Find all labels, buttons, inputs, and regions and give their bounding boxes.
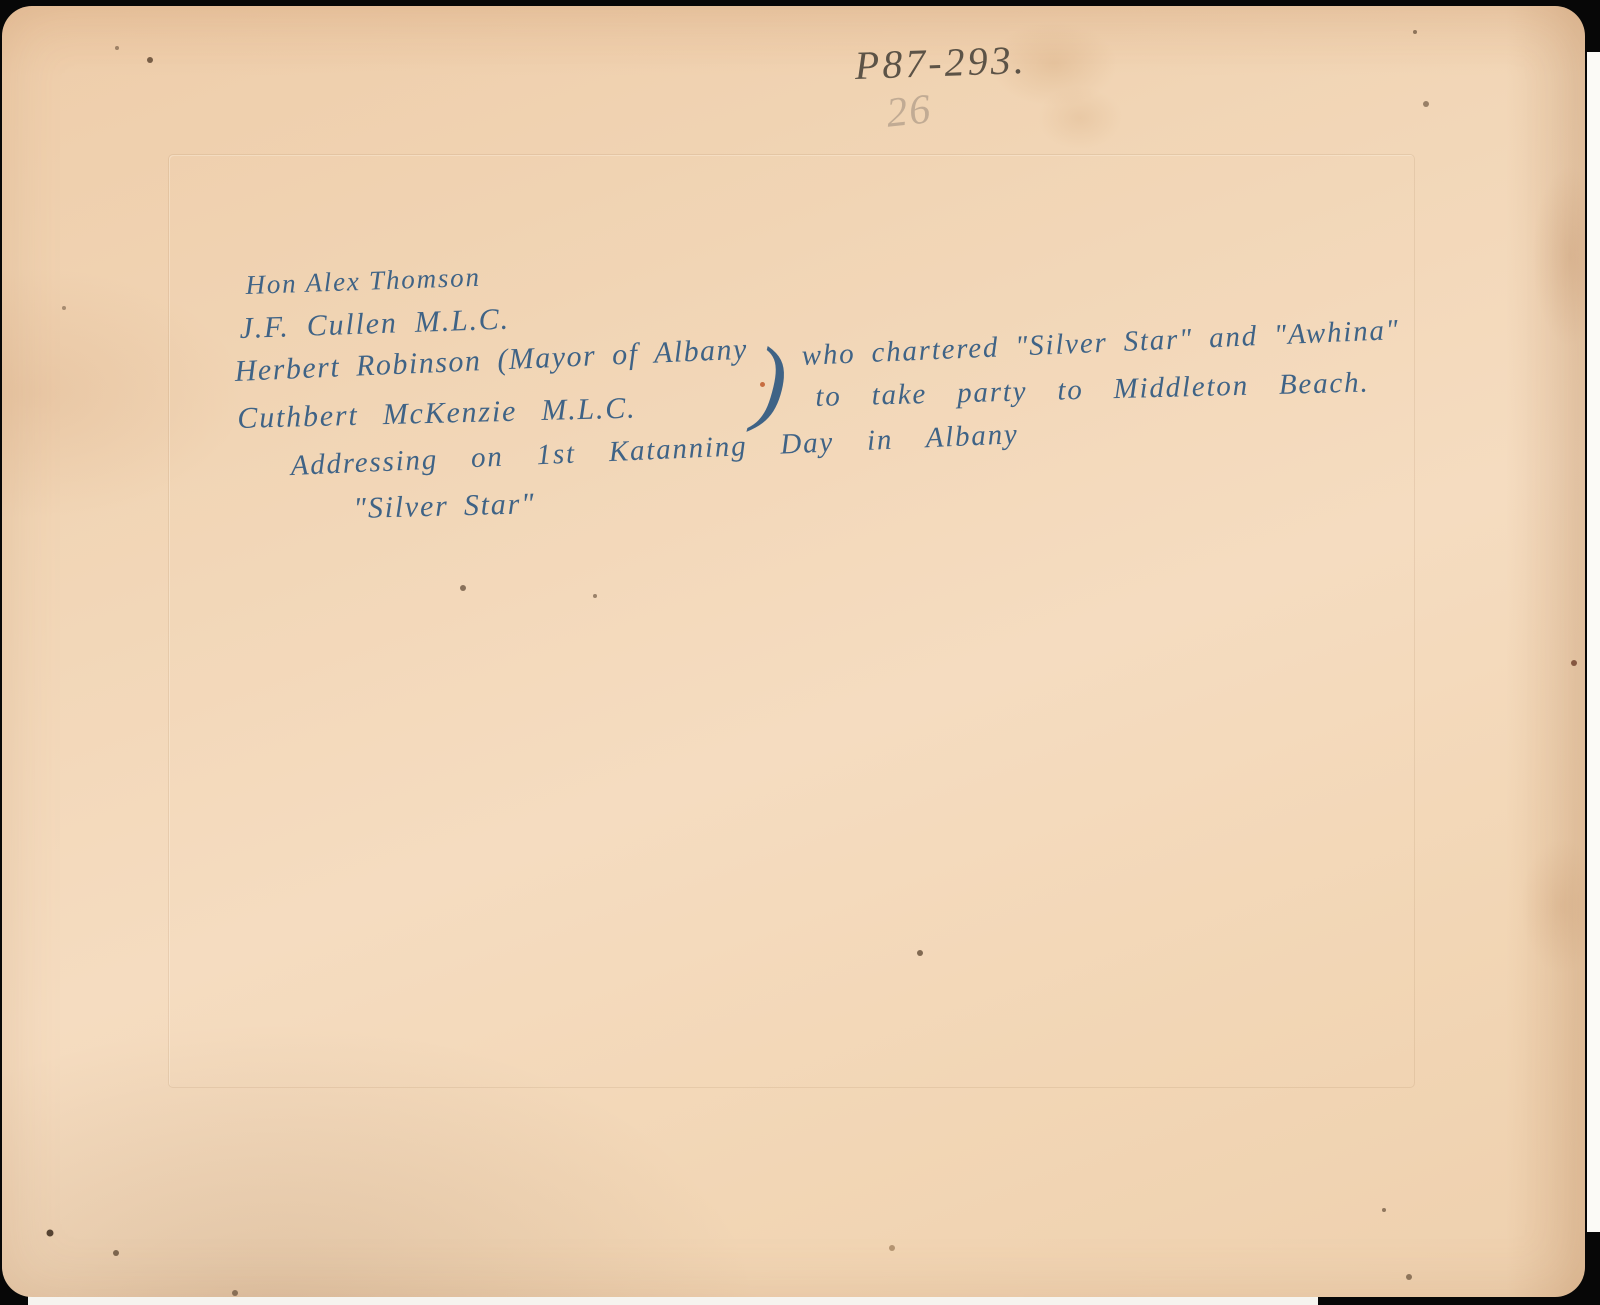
foxing-specks	[2, 6, 6, 10]
scanner-bed-strip-right	[1587, 52, 1600, 1232]
scanner-bed-strip-bottom	[28, 1296, 1318, 1305]
closing-bracket: )	[751, 332, 791, 430]
scanner-background: P87-293. 26 Hon Alex Thomson J.F. Cullen…	[0, 0, 1600, 1305]
inscription-vessel-name: "Silver Star"	[353, 487, 536, 526]
catalog-number: P87-293.	[854, 36, 1027, 89]
page-number: 26	[884, 85, 934, 138]
photograph-verso-card: P87-293. 26 Hon Alex Thomson J.F. Cullen…	[2, 6, 1585, 1297]
